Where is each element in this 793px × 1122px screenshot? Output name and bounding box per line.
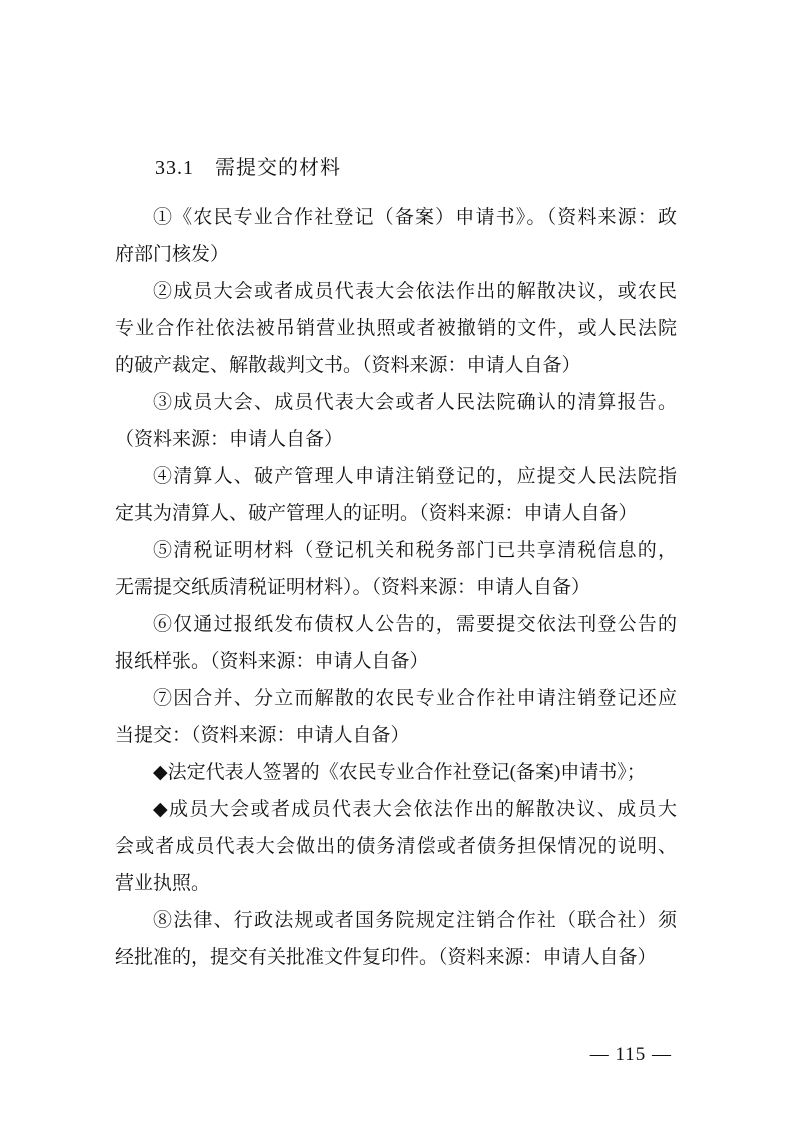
text-line: 定其为清算人、破产管理人的证明。（资料来源：申请人自备） xyxy=(115,495,677,532)
text-line: ②成员大会或者成员代表大会依法作出的解散决议，或农民 xyxy=(115,273,677,310)
material-subitem-1: ◆法定代表人签署的《农民专业合作社登记(备案)申请书》； xyxy=(115,754,677,791)
text-line: ③成员大会、成员代表大会或者人民法院确认的清算报告。 xyxy=(115,384,677,421)
text-line: ①《农民专业合作社登记（备案）申请书》。（资料来源：政 xyxy=(115,199,677,236)
text-line: ⑧法律、行政法规或者国务院规定注销合作社（联合社）须 xyxy=(115,902,677,939)
section-heading: 33.1 需提交的材料 xyxy=(115,150,677,187)
material-subitem-2: ◆成员大会或者成员代表大会依法作出的解散决议、成员大会或者成员代表大会做出的债务… xyxy=(115,791,677,902)
material-item-5: ⑤清税证明材料（登记机关和税务部门已共享清税信息的，无需提交纸质清税证明材料）。… xyxy=(115,532,677,606)
text-line: 会或者成员代表大会做出的债务清偿或者债务担保情况的说明、 xyxy=(115,828,677,865)
text-line: 的破产裁定、解散裁判文书。（资料来源：申请人自备） xyxy=(115,347,677,384)
material-item-7: ⑦因合并、分立而解散的农民专业合作社申请注销登记还应当提交：（资料来源：申请人自… xyxy=(115,680,677,754)
material-item-6: ⑥仅通过报纸发布债权人公告的，需要提交依法刊登公告的报纸样张。（资料来源：申请人… xyxy=(115,606,677,680)
text-line: 当提交：（资料来源：申请人自备） xyxy=(115,717,677,754)
material-item-2: ②成员大会或者成员代表大会依法作出的解散决议，或农民专业合作社依法被吊销营业执照… xyxy=(115,273,677,384)
text-line: ⑤清税证明材料（登记机关和税务部门已共享清税信息的， xyxy=(115,532,677,569)
text-line: （资料来源：申请人自备） xyxy=(115,421,677,458)
page-number: — 115 — xyxy=(590,1040,672,1070)
text-line: ⑦因合并、分立而解散的农民专业合作社申请注销登记还应 xyxy=(115,680,677,717)
text-line: 报纸样张。（资料来源：申请人自备） xyxy=(115,643,677,680)
material-item-3: ③成员大会、成员代表大会或者人民法院确认的清算报告。（资料来源：申请人自备） xyxy=(115,384,677,458)
text-line: ◆法定代表人签署的《农民专业合作社登记(备案)申请书》； xyxy=(115,754,677,791)
material-item-4: ④清算人、破产管理人申请注销登记的，应提交人民法院指定其为清算人、破产管理人的证… xyxy=(115,458,677,532)
text-line: 营业执照。 xyxy=(115,865,677,902)
text-line: 专业合作社依法被吊销营业执照或者被撤销的文件，或人民法院 xyxy=(115,310,677,347)
document-page: 33.1 需提交的材料 ①《农民专业合作社登记（备案）申请书》。（资料来源：政府… xyxy=(0,0,793,1122)
text-line: 府部门核发） xyxy=(115,236,677,273)
text-line: ④清算人、破产管理人申请注销登记的，应提交人民法院指 xyxy=(115,458,677,495)
material-item-1: ①《农民专业合作社登记（备案）申请书》。（资料来源：政府部门核发） xyxy=(115,199,677,273)
text-line: 经批准的，提交有关批准文件复印件。（资料来源：申请人自备） xyxy=(115,939,677,976)
material-item-8: ⑧法律、行政法规或者国务院规定注销合作社（联合社）须经批准的，提交有关批准文件复… xyxy=(115,902,677,976)
text-line: 无需提交纸质清税证明材料）。（资料来源：申请人自备） xyxy=(115,569,677,606)
text-line: ⑥仅通过报纸发布债权人公告的，需要提交依法刊登公告的 xyxy=(115,606,677,643)
text-line: ◆成员大会或者成员代表大会依法作出的解散决议、成员大 xyxy=(115,791,677,828)
page-content: 33.1 需提交的材料 ①《农民专业合作社登记（备案）申请书》。（资料来源：政府… xyxy=(115,150,677,976)
